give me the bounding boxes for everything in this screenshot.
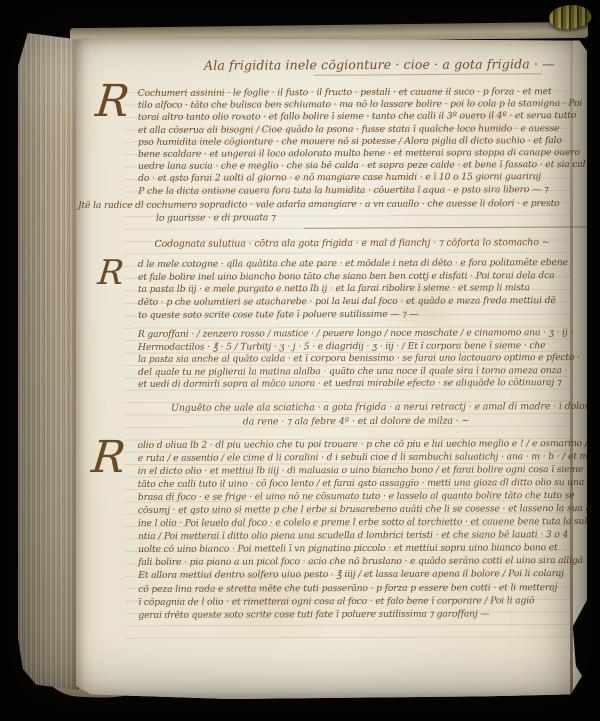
book-fore-edge-page-stack [18, 33, 79, 690]
next-page-strip [573, 38, 587, 699]
manuscript-page: Ala frigidita inele cōgionture · cioe · … [76, 38, 587, 699]
manuscript-text-line: P che la dicta ontione cauera fora tuta … [138, 185, 566, 199]
manuscript-photo: Ala frigidita inele cōgionture · cioe · … [0, 0, 600, 721]
paragraph-cochumeri: Cochumeri assinini · le foglie · il fust… [138, 87, 566, 199]
gutter-crease [570, 38, 573, 699]
heading-codognata: Codognata sulutiua · cōtra ala gota frig… [142, 238, 562, 253]
manuscript-text-line: da rene · ⁊ ala febre 4ª · et al dolore … [171, 416, 541, 431]
paragraph-garoffani: R garoffani · / zenzero rosso / mastice … [138, 328, 566, 392]
manuscript-text-line: gerai drēto queste soto scrite cose tuti… [138, 609, 570, 624]
manuscript-text-line: lo guarisse · e di prouata ⁊ [78, 212, 566, 227]
drop-cap-initial: R [90, 436, 128, 480]
manuscript-text-line: Codognata sulutiua · cōtra ala gota frig… [142, 238, 562, 253]
note-item: Jtē la radice dl cochumero sopradicto · … [78, 199, 566, 227]
manuscript-text-line: et uedi di dormirli sopra al māco unora … [138, 378, 566, 392]
paragraph-mele-cotogne: d le mele cotogne · qlla quātita che ate… [138, 258, 566, 323]
paragraph-olio-doliva: olio d oliua lb 2 · dl piu uechio che tu… [138, 439, 571, 624]
manuscript-text-line: to queste soto scrite cose tute fate ī p… [138, 309, 566, 324]
drop-cap-initial: R [96, 256, 125, 290]
heading-unguento: Unguēto che uale ala sciaticha · a gota … [171, 402, 541, 431]
note-rule-line [304, 226, 600, 231]
drop-cap-initial: R [94, 80, 132, 124]
